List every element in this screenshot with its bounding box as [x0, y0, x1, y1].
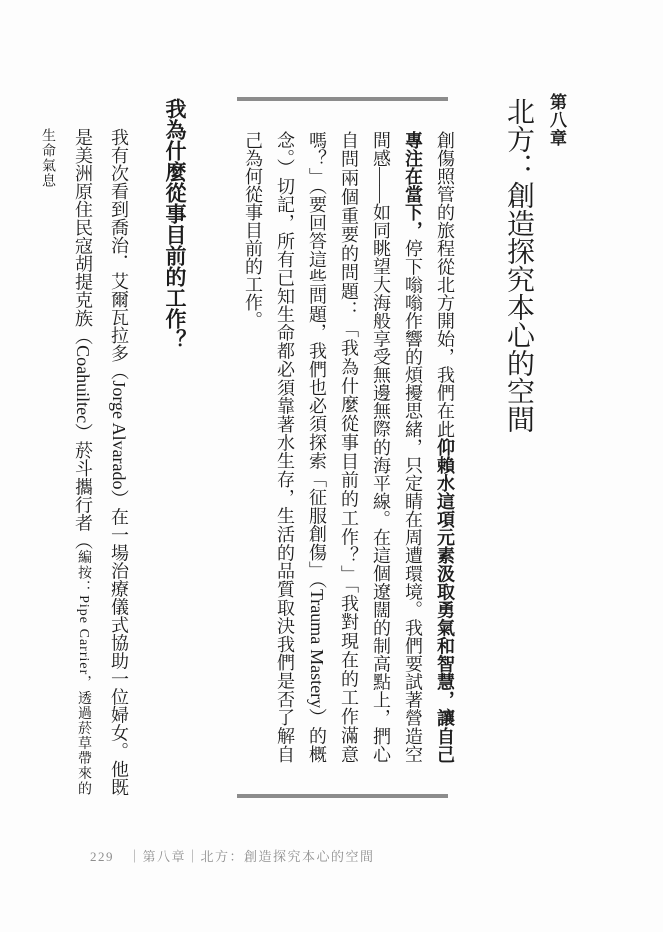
- opening-text-lead: 創傷照管的旅程從北方開始，我們在此: [435, 131, 455, 438]
- body-paragraph: 我有次看到喬治．艾爾瓦拉多（Jorge Alvarado）在一場治療儀式協助一位…: [67, 128, 137, 796]
- page-footer: 229｜第八章｜北方：創造探究本心的空間: [90, 846, 375, 865]
- opening-paragraph: 創傷照管的旅程從北方開始，我們在此仰賴水這項元素汲取勇氣和智慧，讓自己專注在當下…: [237, 131, 461, 763]
- section-heading: 我為什麼從事目前的工作？: [159, 98, 189, 350]
- opening-text-rest: 停下嗡嗡作響的煩擾思緒，只定睛在周遭環境。我們要試著營造空間感——如同眺望大海般…: [243, 131, 423, 763]
- opening-quote-block: 創傷照管的旅程從北方開始，我們在此仰賴水這項元素汲取勇氣和智慧，讓自己專注在當下…: [237, 97, 461, 798]
- book-page: 第八章 北方：創造探究本心的空間 創傷照管的旅程從北方開始，我們在此仰賴水這項元…: [0, 0, 663, 932]
- running-title: ｜第八章｜北方：創造探究本心的空間: [128, 849, 375, 864]
- top-rule-divider: [237, 97, 448, 101]
- chapter-title: 北方：創造探究本心的空間: [498, 97, 538, 433]
- bottom-rule-divider: [237, 794, 448, 798]
- page-number: 229: [90, 849, 114, 864]
- chapter-number-label: 第八章: [544, 93, 569, 147]
